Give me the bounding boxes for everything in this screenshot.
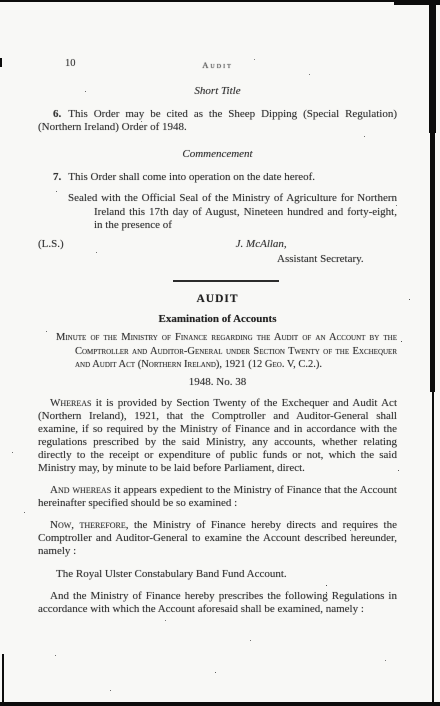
now-therefore-paragraph: Now, therefore, the Ministry of Finance … [38,519,397,558]
sealing-clause: Sealed with the Official Seal of the Min… [38,192,397,232]
signatory-name: J. McAllan, [236,238,287,251]
section-divider-rule [173,280,279,282]
running-head: Audit [38,60,397,70]
signatory-title: Assistant Secretary. [277,253,397,266]
now-therefore-lead: Now, therefore, [50,519,128,531]
scan-edge-bottom [0,702,440,706]
scan-edge-left-bottom-mark [2,654,4,702]
short-title-heading: Short Title [38,85,397,97]
clause-7-text: This Order shall come into operation on … [68,171,315,183]
clause-7-number: 7. [53,171,61,183]
minute-heading: Minute of the Ministry of Finance regard… [38,331,397,372]
whereas-text: it is provided by Section Twenty of the … [38,397,397,474]
instrument-number: 1948. No. 38 [38,376,397,388]
page-content: 10 Audit Short Title 6.This Order may be… [0,0,440,616]
and-whereas-lead: And whereas [50,484,111,496]
audit-section-subtitle: Examination of Accounts [38,313,397,325]
whereas-paragraph: Whereas it is provided by Section Twenty… [38,397,397,475]
signature-row: (L.S.) J. McAllan, [38,238,397,251]
account-name-line: The Royal Ulster Constabulary Band Fund … [38,568,397,581]
commencement-heading: Commencement [38,148,397,160]
audit-section-title: AUDIT [38,293,397,305]
scanned-document-page: 10 Audit Short Title 6.This Order may be… [0,0,440,706]
page-header: 10 Audit [38,58,397,72]
prescription-paragraph: And the Ministry of Finance hereby presc… [38,590,397,616]
clause-6-text: This Order may be cited as the Sheep Dip… [38,108,397,133]
clause-7: 7.This Order shall come into operation o… [38,171,397,184]
whereas-lead: Whereas [50,397,92,409]
clause-6: 6.This Order may be cited as the Sheep D… [38,108,397,135]
clause-6-number: 6. [53,108,61,120]
and-whereas-paragraph: And whereas it appears expedient to the … [38,484,397,510]
seal-mark: (L.S.) [38,238,64,251]
